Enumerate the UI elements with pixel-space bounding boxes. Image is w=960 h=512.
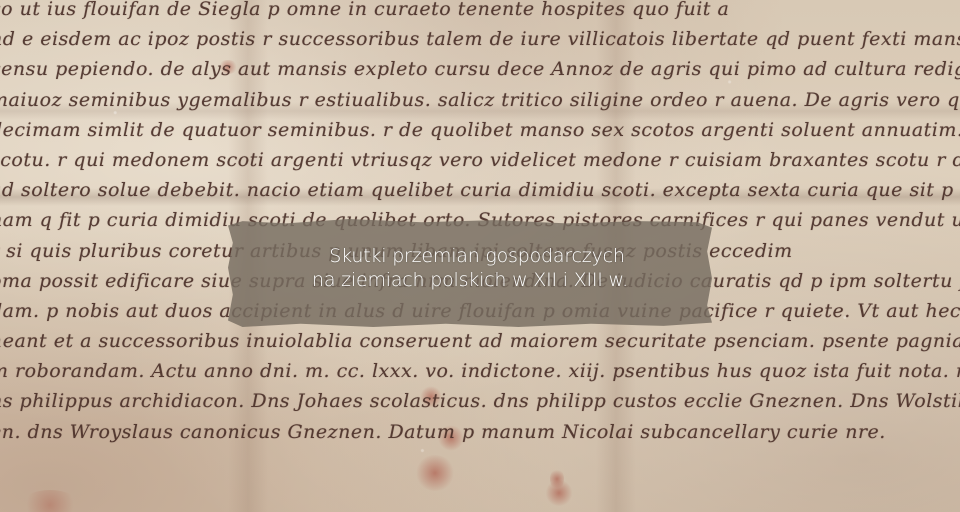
manuscript-line: ad soltero solue debebit. nacio etiam qu… — [0, 175, 960, 205]
manuscript-line: decimam simlit de quatuor seminibus. r d… — [0, 115, 960, 145]
video-frame: co ut ius flouifan de Siegla p omne in c… — [0, 0, 960, 512]
manuscript-line: heant et a successoribus inuiolablia con… — [0, 326, 960, 356]
manuscript-line: co ut ius flouifan de Siegla p omne in c… — [0, 0, 960, 24]
manuscript-line: en. dns Wroyslaus canonicus Gneznen. Dat… — [0, 417, 960, 447]
ink-stain — [20, 490, 80, 512]
manuscript-line: nd e eisdem ac ipoz postis r successorib… — [0, 24, 960, 54]
manuscript-line: maiuoz seminibus ygemalibus r estiualibu… — [0, 85, 960, 115]
title-line-2: na ziemiach polskich w XII i XIII w. — [228, 268, 712, 292]
title-line-1: Skutki przemian gospodarczych — [228, 244, 712, 268]
manuscript-line: censu pepiendo. de alys aut mansis exple… — [0, 54, 960, 84]
manuscript-line: scotu. r qui medonem scoti argenti vtriu… — [0, 145, 960, 175]
manuscript-line: ns philippus archidiacon. Dns Johaes sco… — [0, 386, 960, 416]
ink-stain — [550, 468, 564, 490]
manuscript-line: m roborandam. Actu anno dni. m. cc. lxxx… — [0, 356, 960, 386]
video-title: Skutki przemian gospodarczych na ziemiac… — [228, 244, 712, 292]
ink-stain — [415, 455, 455, 491]
